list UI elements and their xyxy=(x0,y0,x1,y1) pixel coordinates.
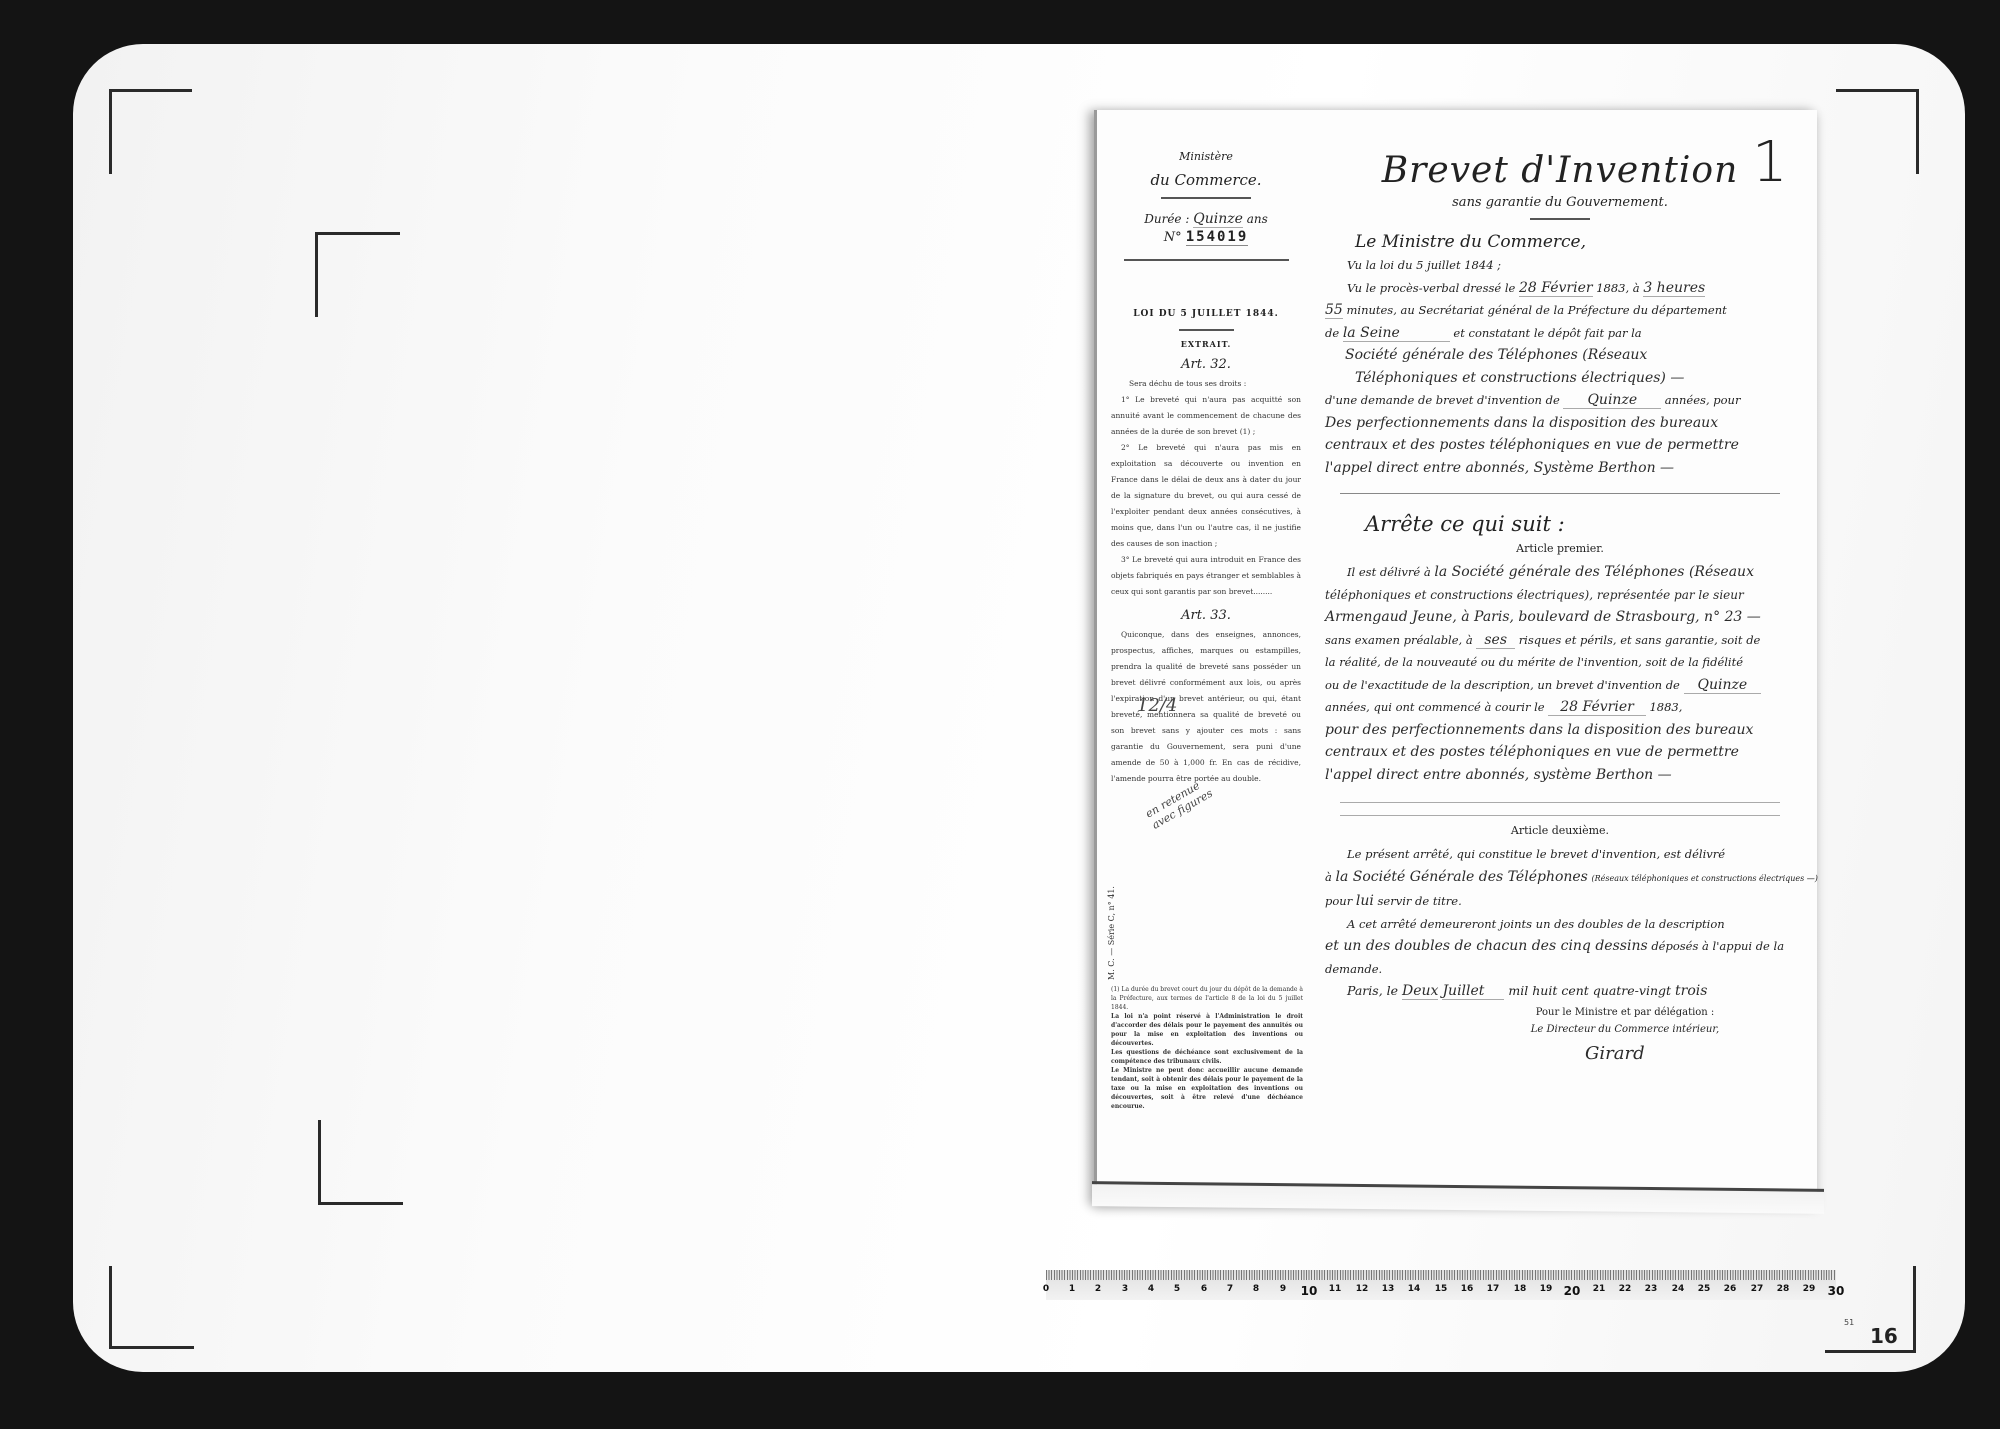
law-title: LOI DU 5 JUILLET 1844. xyxy=(1111,309,1301,319)
duration-value: Quinze xyxy=(1193,211,1243,228)
subject-line-1: Des perfectionnements dans la dispositio… xyxy=(1325,412,1795,435)
document-left-column: Ministère du Commerce. Durée : Quinze an… xyxy=(1111,150,1301,787)
footnotes: (1) La durée du brevet court du jour du … xyxy=(1111,985,1303,1111)
corner-mark-bottom-left xyxy=(109,1266,194,1349)
article-2-title: Article deuxième. xyxy=(1325,824,1795,837)
article-1-title: Article premier. xyxy=(1325,542,1795,555)
minister-heading: Le Ministre du Commerce, xyxy=(1355,232,1795,252)
patent-number-field: N° 154019 xyxy=(1111,229,1301,245)
corner-mark-top-left xyxy=(109,89,192,174)
scale-ruler: 0 1 2 3 4 5 6 7 8 9 10 11 12 13 14 15 16… xyxy=(1046,1270,1836,1300)
ministry-line1: Ministère xyxy=(1111,150,1301,163)
document-title: Brevet d'Invention xyxy=(1325,150,1795,191)
article-32-paragraph-3: 3° Le breveté qui aura introduit en Fran… xyxy=(1111,552,1301,600)
duration-field: Durée : Quinze ans xyxy=(1111,211,1301,227)
applicant-line-1: Société générale des Téléphones (Réseaux xyxy=(1325,344,1795,367)
subject-line-2: centraux et des postes téléphoniques en … xyxy=(1325,434,1795,457)
signature-title: Le Directeur du Commerce intérieur, xyxy=(1455,1024,1795,1035)
signature: Girard xyxy=(1585,1043,1795,1064)
article-32-paragraph-1: 1° Le breveté qui n'aura pas acquitté so… xyxy=(1111,392,1301,440)
document-main-body: Brevet d'Invention sans garantie du Gouv… xyxy=(1325,130,1795,1064)
ministry-line2: du Commerce. xyxy=(1111,171,1301,189)
filing-date: 28 Février xyxy=(1519,280,1593,297)
document-subtitle: sans garantie du Gouvernement. xyxy=(1325,195,1795,210)
representative-line: Armengaud Jeune, à Paris, boulevard de S… xyxy=(1325,606,1795,629)
article-33-title: Art. 33. xyxy=(1111,608,1301,623)
page-number-mark: 1 xyxy=(1752,130,1788,195)
crop-mark-bottom-left xyxy=(318,1120,403,1205)
margin-annotation-fraction: 12/4 xyxy=(1137,695,1177,716)
patent-document: Ministère du Commerce. Durée : Quinze an… xyxy=(1094,110,1817,1205)
start-date: 28 Février xyxy=(1548,699,1646,716)
patent-number: 154019 xyxy=(1186,229,1249,246)
article-32-title: Art. 32. xyxy=(1111,357,1301,372)
subject-line-3: l'appel direct entre abonnés, Système Be… xyxy=(1325,457,1795,480)
applicant-line-2: Téléphoniques et constructions électriqu… xyxy=(1325,367,1795,390)
corner-mark-top-right xyxy=(1836,89,1919,174)
ruler-ticks xyxy=(1046,1270,1836,1280)
crop-mark-top-left xyxy=(315,232,400,317)
frame-code: 51 xyxy=(1844,1318,1854,1327)
form-series-label: M. C. — Série C, n° 41. xyxy=(1107,886,1116,980)
decree-heading: Arrête ce qui suit : xyxy=(1365,512,1795,536)
article-32-paragraph-2: 2° Le breveté qui n'aura pas mis en expl… xyxy=(1111,440,1301,552)
frame-number: 16 xyxy=(1870,1324,1898,1348)
department: la Seine xyxy=(1343,325,1450,342)
signature-delegation: Pour le Ministre et par délégation : xyxy=(1455,1007,1795,1018)
ruler-labels: 0 1 2 3 4 5 6 7 8 9 10 11 12 13 14 15 16… xyxy=(1046,1284,1836,1300)
extract-label: EXTRAIT. xyxy=(1111,339,1301,349)
